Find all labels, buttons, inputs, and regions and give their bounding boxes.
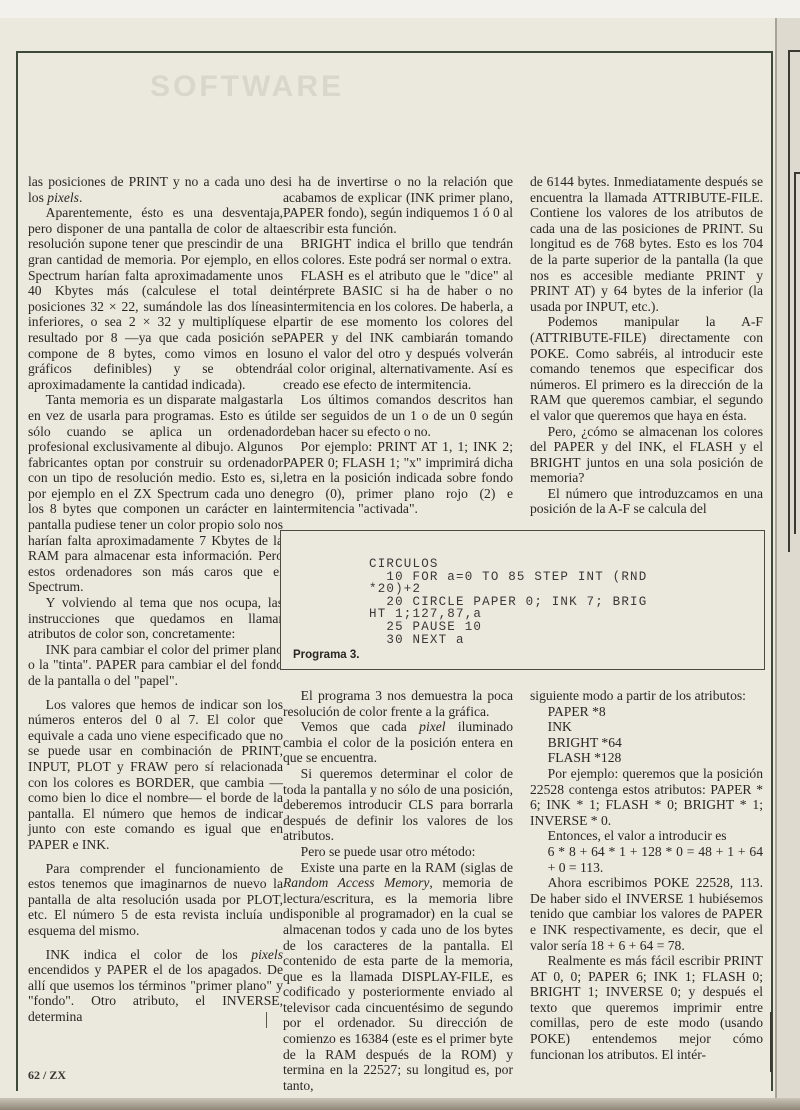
column-2-bottom: El programa 3 nos demuestra la poca reso… [283, 688, 513, 1093]
column-1: las posiciones de PRINT y no a cada uno … [28, 174, 283, 1024]
paragraph: Para comprender el funcionamiento de est… [28, 861, 283, 939]
paragraph: Existe una parte en la RAM (siglas de Ra… [283, 860, 513, 1094]
paragraph: Ahora escribimos POKE 22528, 113. De hab… [530, 875, 763, 953]
basic-code-listing: CIRCULOS 10 FOR a=0 TO 85 STEP INT (RND … [369, 558, 647, 646]
paragraph: Podemos manipular la A-F (ATTRIBUTE-FILE… [530, 314, 763, 423]
page-top-margin [0, 0, 800, 20]
attribute-line: FLASH *128 [530, 750, 763, 766]
column-rule [770, 1012, 772, 1072]
paragraph: siguiente modo a partir de los atributos… [530, 688, 763, 704]
page-bottom-shadow [0, 1098, 800, 1110]
show-through-heading: SOFTWARE [150, 70, 344, 104]
program-caption: Programa 3. [293, 649, 359, 661]
column-3-top: de 6144 bytes. Inmediatamente después se… [530, 174, 763, 517]
paragraph: Aparentemente, ésto es una desventaja, p… [28, 205, 283, 392]
paragraph: INK indica el color de los pixels encend… [28, 947, 283, 1025]
paragraph: INK para cambiar el color del primer pla… [28, 642, 283, 689]
paragraph: Por ejemplo: PRINT AT 1, 1; INK 2; PAPER… [283, 439, 513, 517]
formula: 6 * 8 + 64 * 1 + 128 * 0 = 48 + 1 + 64 +… [530, 844, 763, 875]
attribute-line: BRIGHT *64 [530, 735, 763, 751]
attribute-line: PAPER *8 [530, 704, 763, 720]
page-folio: 62 / ZX [28, 1068, 66, 1083]
paragraph: Realmente es más fácil escribir PRINT AT… [530, 953, 763, 1062]
column-2-top: si ha de invertirse o no la relación que… [283, 174, 513, 517]
paragraph: FLASH es el atributo que le "dice" al in… [283, 268, 513, 393]
paragraph: si ha de invertirse o no la relación que… [283, 174, 513, 236]
column-3-bottom: siguiente modo a partir de los atributos… [530, 688, 763, 1062]
paragraph: El número que introduzcamos en una posic… [530, 486, 763, 517]
paragraph: Si queremos determinar el color de toda … [283, 766, 513, 844]
paragraph: Pero, ¿cómo se almacenan los colores del… [530, 424, 763, 486]
paragraph: de 6144 bytes. Inmediatamente después se… [530, 174, 763, 314]
paragraph: Vemos que cada pixel iluminado cambia el… [283, 719, 513, 766]
attribute-line: INK [530, 719, 763, 735]
paragraph: Pero se puede usar otro método: [283, 844, 513, 860]
paragraph: Entonces, el valor a introducir es [530, 828, 763, 844]
paragraph: Por ejemplo: queremos que la posición 22… [530, 766, 763, 828]
paragraph: Los valores que hemos de indicar son los… [28, 697, 283, 853]
paragraph: El programa 3 nos demuestra la poca reso… [283, 688, 513, 719]
paragraph: Tanta memoria es un disparate malgastarl… [28, 392, 283, 595]
paragraph: Los últimos comandos descritos han de se… [283, 392, 513, 439]
column-rule [266, 1012, 267, 1028]
paragraph: BRIGHT indica el brillo que tendrán los … [283, 236, 513, 267]
program-listing-box: CIRCULOS 10 FOR a=0 TO 85 STEP INT (RND … [280, 530, 765, 670]
paragraph: las posiciones de PRINT y no a cada uno … [28, 174, 283, 205]
paragraph: Y volviendo al tema que nos ocupa, las i… [28, 595, 283, 642]
facing-page-box [794, 172, 800, 534]
